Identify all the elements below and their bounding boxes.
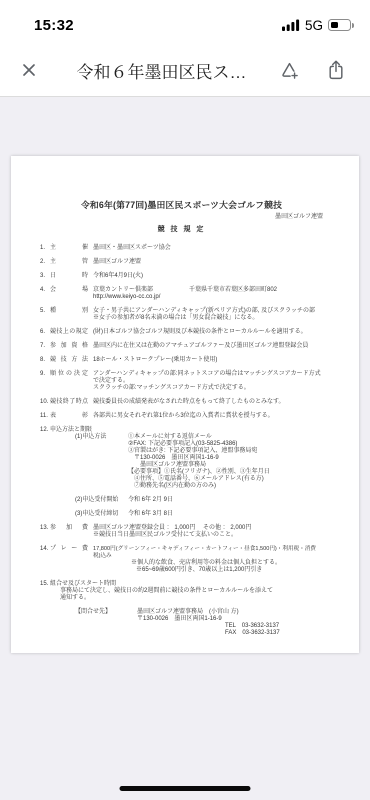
item-text: 事務局にて決定し、競技日の約2週間前に競技の条件とローカルルールを添えて — [60, 588, 323, 595]
document-viewer[interactable]: 令和6年(第77回)墨田区民スポーツ大会ゴルフ競技 墨田区ゴルフ連盟 競 技 規… — [0, 97, 370, 800]
item-text: アンダーハンディキャップの部:同ネットスコアの場合はマッチングスコアカード方式 — [93, 371, 323, 378]
item-number: 9. — [40, 371, 50, 392]
battery-fill — [331, 22, 338, 29]
doc-item-1: 1. 主催 墨田区・墨田区スポーツ協会 — [40, 245, 323, 252]
close-button[interactable] — [16, 57, 42, 83]
doc-item-12-sub3: (3)申込受付締切 令和 6年 3月 8日 — [75, 511, 323, 518]
item-label: 表彰 — [50, 413, 88, 420]
doc-body: 1. 主催 墨田区・墨田区スポーツ協会 2. 主管 墨田区ゴルフ連盟 3. 日時… — [40, 245, 323, 637]
sub-item-text: ⑦勤務先名(区内在勤の方のみ) — [128, 483, 323, 490]
item-label: プレー費 — [50, 546, 88, 574]
screen: 15:32 5G 令和６年墨田区民ス… — [0, 0, 370, 800]
item-number: 7. — [40, 343, 50, 350]
sub-item-text: ②FAX: 下記必要事項記入(03-5825-4386) — [128, 441, 323, 448]
item-heading: 組合せ及びスタート時間 — [50, 581, 116, 588]
item-text: 墨田区ゴルフ連盟 — [93, 259, 323, 266]
item-text: 競技委員長の成績発表がなされた時点をもって終了したものとみなす。 — [93, 399, 323, 406]
item-text: (財)日本ゴルフ協会ゴルフ規則及び本競技の条件とローカルルールを適用する。 — [93, 329, 323, 336]
item-text: 令和6年4月9日(火) — [93, 273, 323, 280]
doc-item-5: 5. 種別 女子・男子共にアンダーハンディキャップ(新ペリア方式)の部, 及びス… — [40, 308, 323, 322]
item-label: 主管 — [50, 259, 88, 266]
sub-item-text: ④住所、⑤電話番号、⑥メールアドレス(有る方) — [128, 476, 323, 483]
sub-item-text: ①本メールに対する返信メール — [128, 434, 323, 441]
item-number: 13. — [40, 525, 50, 539]
share-icon — [326, 59, 346, 81]
nav-actions — [275, 55, 354, 85]
sub-item-text: 墨田区ゴルフ連盟事務局 — [128, 462, 323, 469]
doc-title: 令和6年(第77回)墨田区民スポーツ大会ゴルフ競技 — [40, 200, 323, 210]
sub-item-label: (1)申込方法 — [75, 434, 128, 490]
item-text: 各部共に男女それぞれ第1位から3位迄の入賞者に賞状を授与する。 — [93, 413, 323, 420]
item-text: 18ホール・ストロークプレー(乗用カート使用) — [93, 357, 323, 364]
sub-item-value: 令和 6年 2月 9日 — [128, 497, 323, 504]
contact-block: 【問合せ先】 墨田区ゴルフ連盟事務局 (小宮山 方) 〒130-0026 墨田区… — [75, 609, 323, 637]
doc-item-4: 4. 会場 京葉カントリー倶楽部 千葉県千葉市若葉区多部田町802 http:/… — [40, 287, 323, 301]
sub-item-text: ③官製はがき: 下記必要事項記入、連盟事務局宛 — [128, 448, 323, 455]
nav-bar: 令和６年墨田区民ス… — [0, 44, 370, 97]
item-label: 参加費 — [50, 525, 88, 539]
doc-item-10: 10. 競技終了時点 競技委員長の成績発表がなされた時点をもって終了したものとみ… — [40, 399, 323, 406]
doc-item-13: 13. 参加費 墨田区ゴルフ連盟登録会員 ： 1,000円 その他 ： 2,00… — [40, 525, 323, 539]
battery-icon — [328, 19, 351, 31]
battery-cap — [352, 23, 354, 28]
doc-item-9: 9. 順位の決定 アンダーハンディキャップの部:同ネットスコアの場合はマッチング… — [40, 371, 323, 392]
item-link: http://www.keiyo-cc.co.jp/ — [93, 294, 323, 301]
item-number: 10. — [40, 399, 50, 406]
item-label: 参加資格 — [50, 343, 88, 350]
status-bar: 15:32 5G — [0, 0, 370, 44]
item-text: ※女子の参加者が8名未満の場合は「男女混合競技」になる。 — [93, 315, 323, 322]
doc-item-14: 14. プレー費 17,800円(グリーンフィー・キャディフィー・カートフィー・… — [40, 546, 323, 574]
document-page: 令和6年(第77回)墨田区民スポーツ大会ゴルフ競技 墨田区ゴルフ連盟 競 技 規… — [11, 156, 359, 653]
add-to-drive-icon — [279, 60, 300, 81]
item-text: で決定する。 — [93, 378, 323, 385]
item-number: 2. — [40, 259, 50, 266]
item-text: 墨田区内に在住又は在勤のアマチュアゴルファー及び墨田区ゴルフ連盟登録会員 — [93, 343, 323, 350]
item-number: 12. — [40, 427, 50, 434]
contact-tel: TEL 03-3632-3137 — [225, 623, 323, 630]
contact-name: 墨田区ゴルフ連盟事務局 (小宮山 方) — [137, 609, 323, 616]
doc-item-8: 8. 競技方法 18ホール・ストロークプレー(乗用カート使用) — [40, 357, 323, 364]
item-heading: 申込方法と期限 — [50, 427, 92, 434]
network-type-label: 5G — [305, 18, 323, 33]
doc-item-11: 11. 表彰 各部共に男女それぞれ第1位から3位迄の入賞者に賞状を授与する。 — [40, 413, 323, 420]
item-text: 通知する。 — [60, 595, 323, 602]
share-button[interactable] — [322, 55, 350, 85]
item-number: 5. — [40, 308, 50, 322]
item-number: 8. — [40, 357, 50, 364]
status-time: 15:32 — [34, 17, 74, 34]
item-label: 順位の決定 — [50, 371, 88, 392]
sub-item-label: (3)申込受付締切 — [75, 511, 128, 518]
home-indicator[interactable] — [120, 786, 251, 791]
close-icon — [20, 61, 38, 79]
item-label: 日時 — [50, 273, 88, 280]
item-number: 15. — [40, 581, 50, 588]
item-number: 3. — [40, 273, 50, 280]
item-number: 14. — [40, 546, 50, 574]
contact-fax: FAX 03-3632-3137 — [225, 630, 323, 637]
doc-item-6: 6. 競技上の規定 (財)日本ゴルフ協会ゴルフ規則及び本競技の条件とローカルルー… — [40, 329, 323, 336]
item-note: ※65~69歳600円引き、70歳以上は1,200円引き — [136, 567, 323, 574]
item-note: ※個人的な飲食、売店利用等の料金は個人負担とする。 — [131, 560, 323, 567]
doc-item-12-sub1: (1)申込方法 ①本メールに対する返信メール ②FAX: 下記必要事項記入(03… — [75, 434, 323, 490]
item-text: 17,800円(グリーンフィー・キャディフィー・カートフィー・昼食1,500円)… — [93, 546, 323, 560]
doc-item-12-sub2: (2)申込受付開始 令和 6年 2月 9日 — [75, 497, 323, 504]
item-number: 4. — [40, 287, 50, 301]
item-text: 京葉カントリー倶楽部 千葉県千葉市若葉区多部田町802 — [93, 287, 323, 294]
item-label: 競技終了時点 — [50, 399, 88, 406]
cellular-signal-icon — [282, 19, 300, 31]
doc-subtitle: 競 技 規 定 — [40, 226, 323, 233]
doc-item-15-body: 事務局にて決定し、競技日の約2週間前に競技の条件とローカルルールを添えて 通知す… — [60, 588, 323, 602]
item-number: 6. — [40, 329, 50, 336]
document-title: 令和６年墨田区民ス… — [46, 58, 271, 83]
item-text: 墨田区ゴルフ連盟登録会員 ： 1,000円 その他 ： 2,000円 — [93, 525, 323, 532]
doc-item-2: 2. 主管 墨田区ゴルフ連盟 — [40, 259, 323, 266]
sub-item-value: 令和 6年 3月 8日 — [128, 511, 323, 518]
doc-item-12-heading: 12. 申込方法と期限 — [40, 427, 323, 434]
item-label: 会場 — [50, 287, 88, 301]
add-to-drive-button[interactable] — [275, 56, 304, 85]
doc-item-3: 3. 日時 令和6年4月9日(火) — [40, 273, 323, 280]
item-text: スクラッチの部:マッチングスコアカード方式で決定する。 — [93, 385, 323, 392]
doc-organization: 墨田区ゴルフ連盟 — [40, 214, 323, 221]
item-label: 競技方法 — [50, 357, 88, 364]
item-label: 競技上の規定 — [50, 329, 88, 336]
contact-label: 【問合せ先】 — [75, 609, 137, 637]
sub-item-text: 〒130-0026 墨田区両国1-16-9 — [128, 455, 323, 462]
item-number: 11. — [40, 413, 50, 420]
contact-address: 〒130-0026 墨田区両国1-16-9 — [137, 616, 323, 623]
item-label: 種別 — [50, 308, 88, 322]
doc-item-7: 7. 参加資格 墨田区内に在住又は在勤のアマチュアゴルファー及び墨田区ゴルフ連盟… — [40, 343, 323, 350]
item-text: 墨田区・墨田区スポーツ協会 — [93, 245, 323, 252]
doc-item-15-heading: 15. 組合せ及びスタート時間 — [40, 581, 323, 588]
item-text: 女子・男子共にアンダーハンディキャップ(新ペリア方式)の部, 及びスクラッチの部 — [93, 308, 323, 315]
item-number: 1. — [40, 245, 50, 252]
sub-item-label: (2)申込受付開始 — [75, 497, 128, 504]
item-label: 主催 — [50, 245, 88, 252]
item-text: ※競技日当日墨田区民ゴルフ受付にて支払いのこと。 — [93, 532, 323, 539]
status-indicators: 5G — [282, 18, 354, 33]
sub-item-text: 【必要事項】①氏名(フリガナ)、②性別、③生年月日 — [128, 469, 323, 476]
